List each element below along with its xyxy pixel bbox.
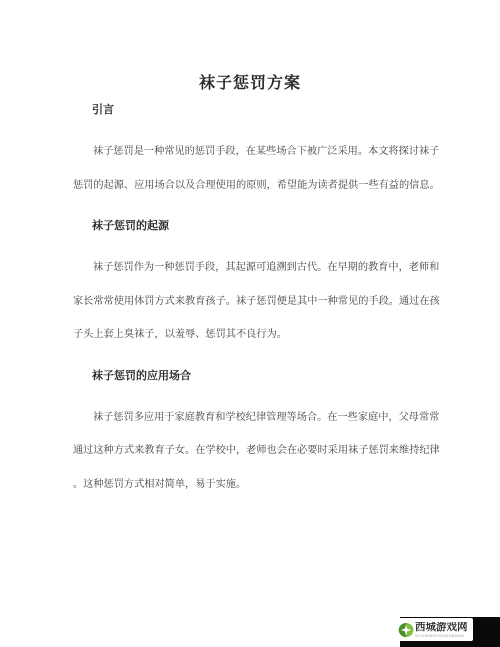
section-heading-application: 袜子惩罚的应用场合 — [92, 364, 473, 388]
site-watermark-badge[interactable]: 西城游戏网 XICHENGYOUXIWANG — [397, 618, 473, 641]
section-heading-origin: 袜子惩罚的起源 — [92, 214, 473, 238]
site-name: 西城游戏网 — [415, 622, 468, 633]
text-line: 袜子惩罚是一种常见的惩罚手段，在某些场合下被广泛采用。本文将探讨袜子 — [73, 135, 473, 169]
text-line: 家长常常使用体罚方式来教育孩子。袜子惩罚便是其中一种常见的手段。通过在孩 — [73, 285, 473, 319]
document-page: 袜子惩罚方案 引言 袜子惩罚是一种常见的惩罚手段，在某些场合下被广泛采用。本文将… — [0, 0, 500, 501]
text-line: 。这种惩罚方式相对简单，易于实施。 — [73, 468, 473, 502]
text-line: 通过这种方式来教育子女。在学校中，老师也会在必要时采用袜子惩罚来维持纪律 — [73, 434, 473, 468]
text-line: 子头上套上臭袜子，以羞辱、惩罚其不良行为。 — [73, 318, 473, 352]
text-line: 惩罚的起源、应用场合以及合理使用的原则，希望能为读者提供一些有益的信息。 — [73, 169, 473, 203]
site-logo-icon — [398, 622, 414, 638]
text-line: 袜子惩罚作为一种惩罚手段，其起源可追溯到古代。在早期的教育中，老师和 — [73, 251, 473, 285]
section-origin: 袜子惩罚的起源 袜子惩罚作为一种惩罚手段，其起源可追溯到古代。在早期的教育中，老… — [73, 214, 473, 352]
site-tagline: XICHENGYOUXIWANG — [415, 633, 468, 638]
paragraph-origin: 袜子惩罚作为一种惩罚手段，其起源可追溯到古代。在早期的教育中，老师和 家长常常使… — [73, 251, 473, 352]
section-heading-intro: 引言 — [92, 98, 473, 122]
paragraph-application: 袜子惩罚多应用于家庭教育和学校纪律管理等场合。在一些家庭中，父母常常 通过这种方… — [73, 401, 473, 502]
paragraph-intro: 袜子惩罚是一种常见的惩罚手段，在某些场合下被广泛采用。本文将探讨袜子 惩罚的起源… — [73, 135, 473, 202]
document-title: 袜子惩罚方案 — [0, 70, 500, 98]
section-intro: 引言 袜子惩罚是一种常见的惩罚手段，在某些场合下被广泛采用。本文将探讨袜子 惩罚… — [73, 98, 473, 202]
text-line: 袜子惩罚多应用于家庭教育和学校纪律管理等场合。在一些家庭中，父母常常 — [73, 401, 473, 435]
watermark-text-block: 西城游戏网 XICHENGYOUXIWANG — [415, 622, 468, 638]
section-application: 袜子惩罚的应用场合 袜子惩罚多应用于家庭教育和学校纪律管理等场合。在一些家庭中，… — [73, 364, 473, 502]
